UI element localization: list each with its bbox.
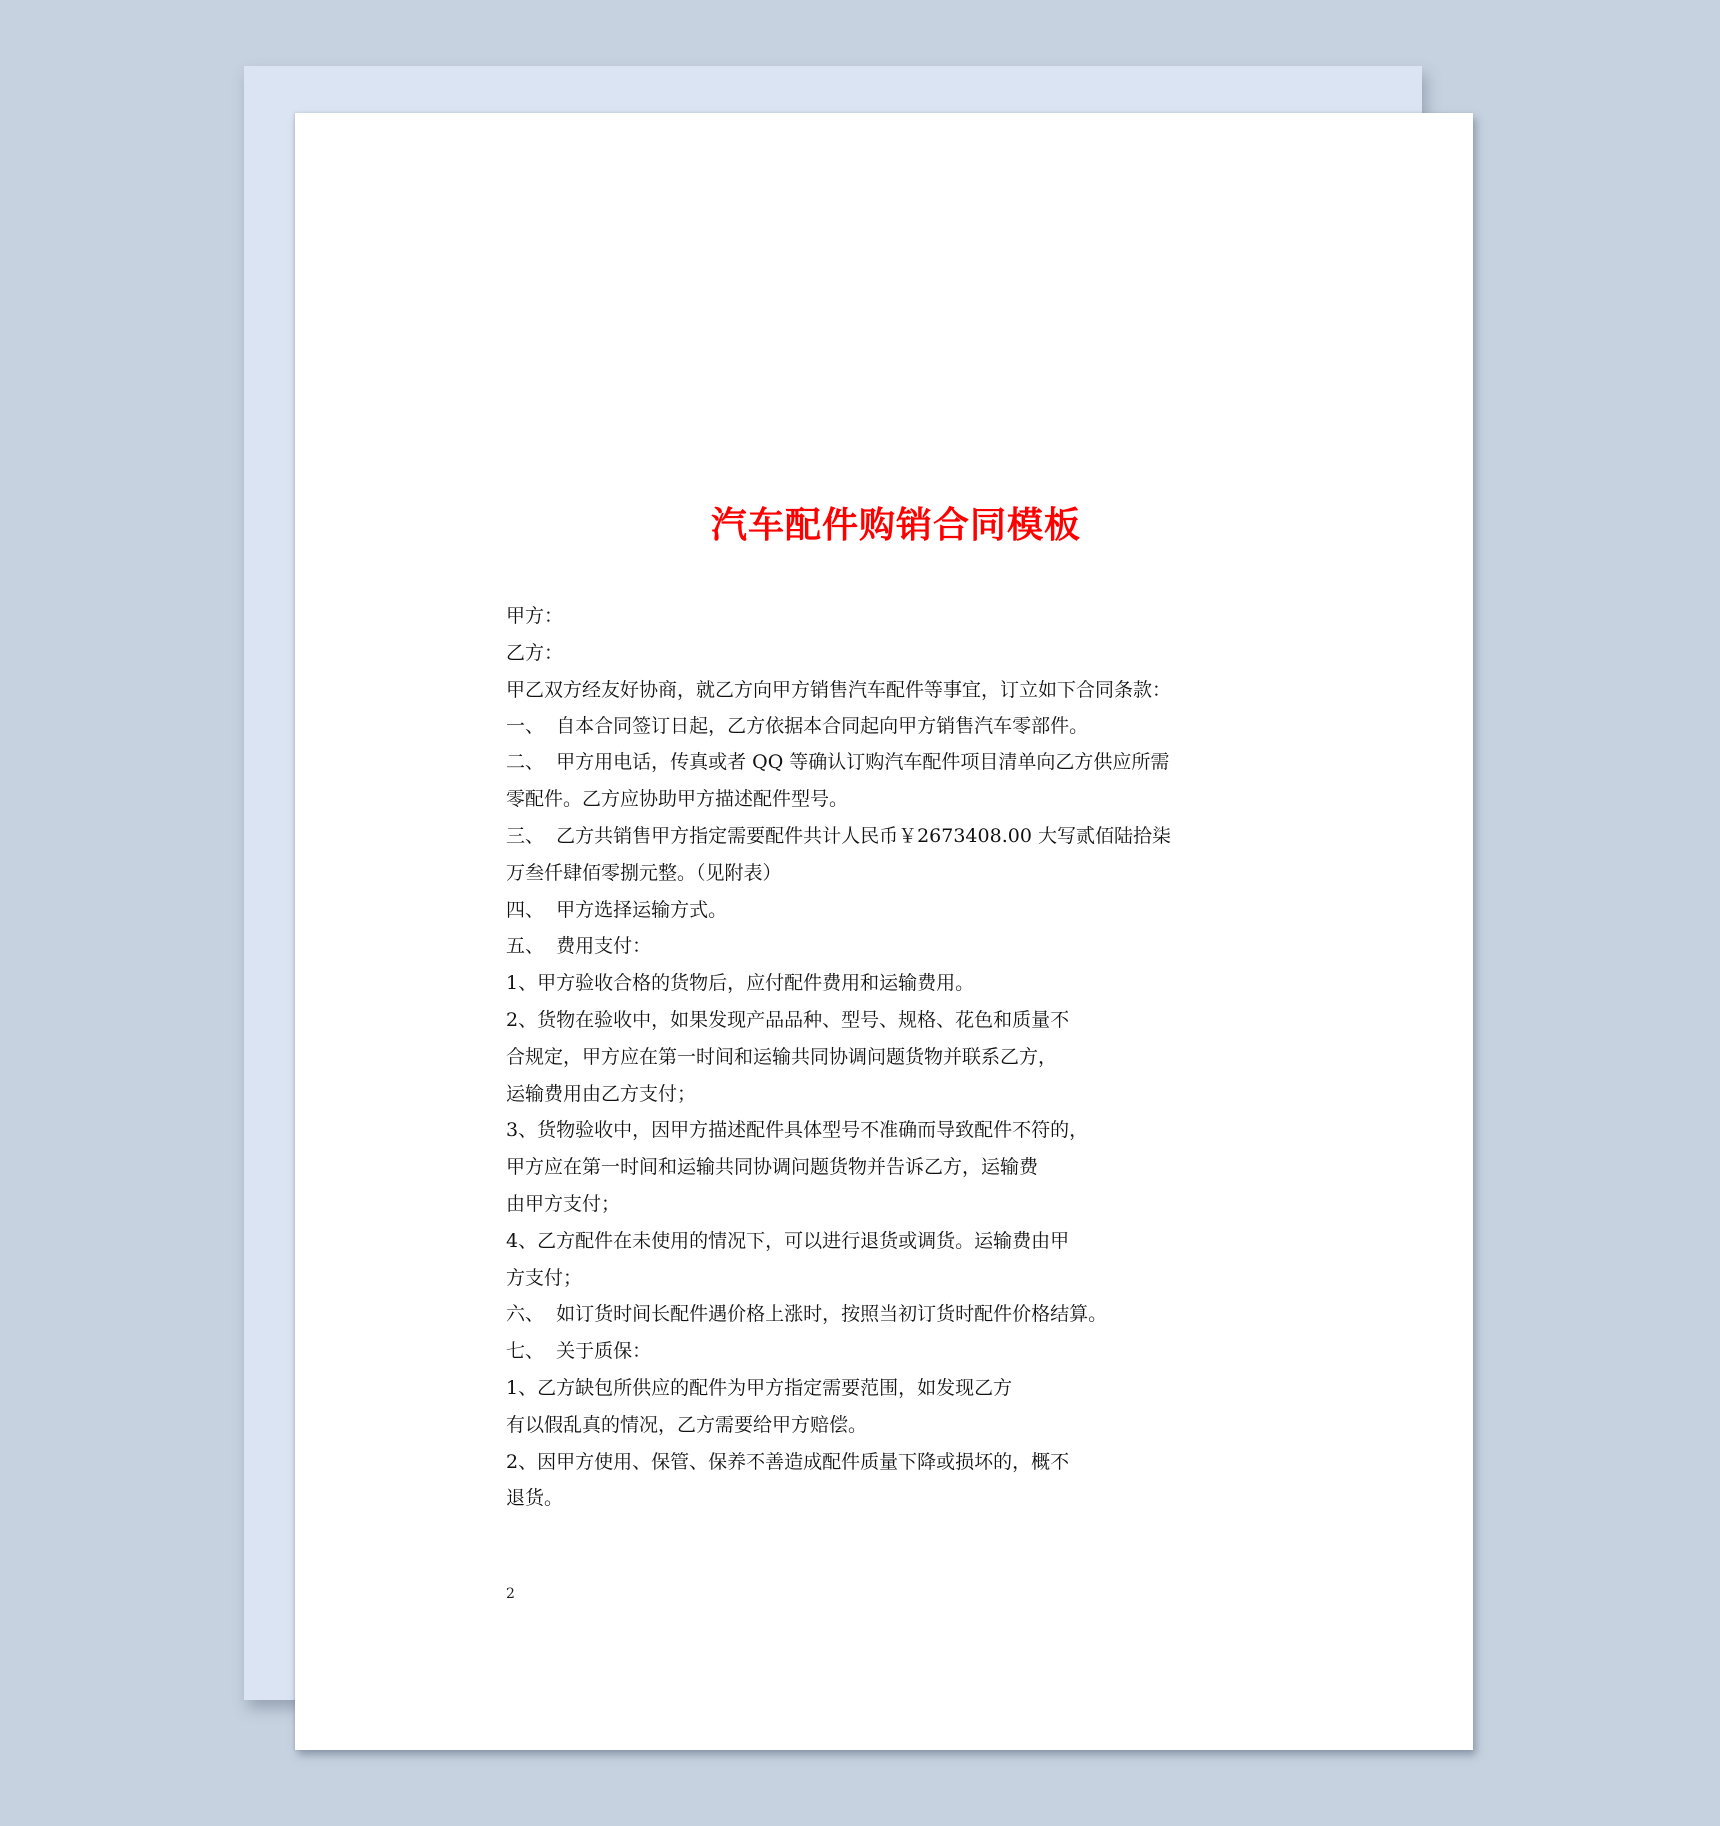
clause-5-item-3-line-1: 3、货物验收中，因甲方描述配件具体型号不准确而导致配件不符的， bbox=[506, 1112, 1266, 1149]
clause-7-item-2-line-2: 退货。 bbox=[506, 1480, 1266, 1517]
clause-5-item-2-line-1: 2、货物在验收中，如果发现产品品种、型号、规格、花色和质量不 bbox=[506, 1002, 1266, 1039]
clause-1: 一、 自本合同签订日起，乙方依据本合同起向甲方销售汽车零部件。 bbox=[506, 708, 1266, 745]
clause-5-item-4-line-1: 4、乙方配件在未使用的情况下，可以进行退货或调货。运输费由甲 bbox=[506, 1223, 1266, 1260]
document-body: 甲方： 乙方： 甲乙双方经友好协商，就乙方向甲方销售汽车配件等事宜，订立如下合同… bbox=[506, 598, 1266, 1517]
document-page: 汽车配件购销合同模板 甲方： 乙方： 甲乙双方经友好协商，就乙方向甲方销售汽车配… bbox=[295, 113, 1473, 1750]
party-a-line: 甲方： bbox=[506, 598, 1266, 635]
page-number: 2 bbox=[506, 1586, 515, 1602]
clause-5-heading: 五、 费用支付： bbox=[506, 928, 1266, 965]
clause-5-item-2-line-2: 合规定，甲方应在第一时间和运输共同协调问题货物并联系乙方， bbox=[506, 1039, 1266, 1076]
clause-5-item-2-line-3: 运输费用由乙方支付； bbox=[506, 1076, 1266, 1113]
clause-5-item-3-line-3: 由甲方支付； bbox=[506, 1186, 1266, 1223]
clause-6: 六、 如订货时间长配件遇价格上涨时，按照当初订货时配件价格结算。 bbox=[506, 1296, 1266, 1333]
clause-2-line-2: 零配件。乙方应协助甲方描述配件型号。 bbox=[506, 781, 1266, 818]
clause-7-item-1-line-1: 1、乙方缺包所供应的配件为甲方指定需要范围，如发现乙方 bbox=[506, 1370, 1266, 1407]
clause-3-line-2: 万叁仟肆佰零捌元整。（见附表） bbox=[506, 855, 1266, 892]
clause-7-item-1-line-2: 有以假乱真的情况，乙方需要给甲方赔偿。 bbox=[506, 1407, 1266, 1444]
preamble-paragraph: 甲乙双方经友好协商，就乙方向甲方销售汽车配件等事宜，订立如下合同条款： bbox=[506, 672, 1266, 708]
party-b-line: 乙方： bbox=[506, 635, 1266, 672]
clause-4: 四、 甲方选择运输方式。 bbox=[506, 892, 1266, 929]
clause-2-line-1: 二、 甲方用电话，传真或者 QQ 等确认订购汽车配件项目清单向乙方供应所需 bbox=[506, 744, 1266, 781]
document-title: 汽车配件购销合同模板 bbox=[295, 503, 1473, 549]
clause-5-item-1: 1、甲方验收合格的货物后，应付配件费用和运输费用。 bbox=[506, 965, 1266, 1002]
clause-3-line-1: 三、 乙方共销售甲方指定需要配件共计人民币￥2673408.00 大写贰佰陆拾柒 bbox=[506, 818, 1266, 855]
clause-7-heading: 七、 关于质保： bbox=[506, 1333, 1266, 1370]
clause-5-item-3-line-2: 甲方应在第一时间和运输共同协调问题货物并告诉乙方，运输费 bbox=[506, 1149, 1266, 1186]
clause-7-item-2-line-1: 2、因甲方使用、保管、保养不善造成配件质量下降或损坏的，概不 bbox=[506, 1444, 1266, 1481]
clause-5-item-4-line-2: 方支付； bbox=[506, 1260, 1266, 1297]
